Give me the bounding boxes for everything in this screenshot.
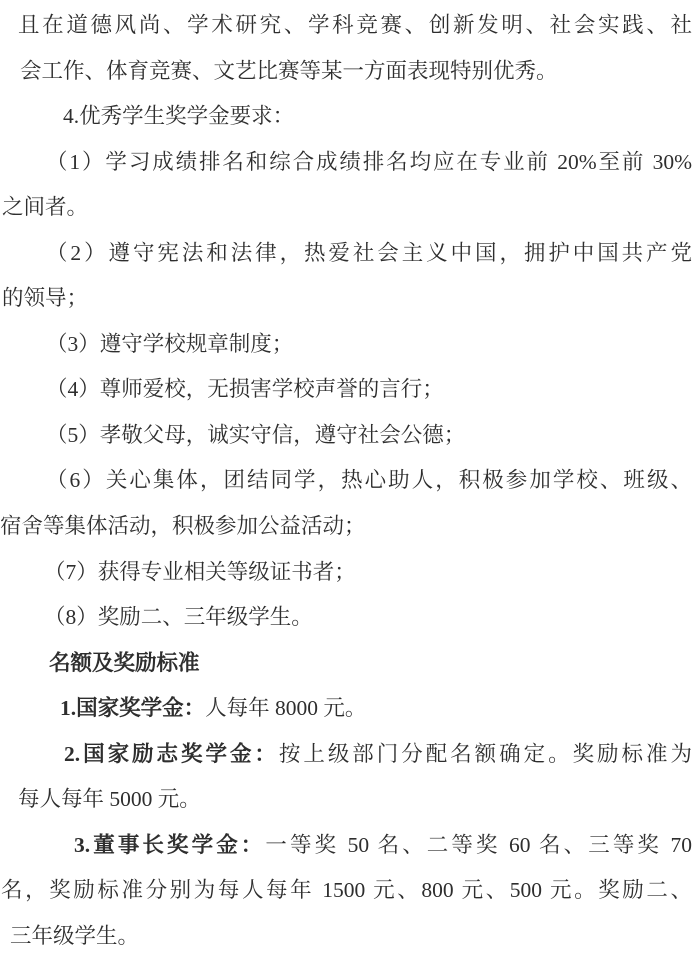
text-segment: 名，奖励标准分别为每人每年 1500 元、800 元、500 元。奖励二、 (1, 878, 692, 902)
bold-text-segment: 名额及奖励标准 (49, 651, 200, 675)
text-line: （7）获得专业相关等级证书者； (0, 550, 700, 596)
text-line: （2）遵守宪法和法律，热爱社会主义中国，拥护中国共产党 (0, 231, 700, 277)
text-segment: 之间者。 (2, 195, 88, 219)
text-line: （5）孝敬父母，诚实守信，遵守社会公德； (0, 413, 700, 459)
text-line: 每人每年 5000 元。 (0, 777, 700, 823)
text-line: 4.优秀学生奖学金要求： (0, 94, 700, 140)
text-line: 之间者。 (0, 185, 700, 231)
text-segment: （8）奖励二、三年级学生。 (44, 605, 313, 629)
text-line: 三年级学生。 (0, 914, 700, 960)
text-segment: （3）遵守学校规章制度； (46, 332, 293, 356)
text-segment: （1）学习成绩排名和综合成绩排名均应在专业前 20%至前 30% (46, 150, 692, 174)
text-line: 1.国家奖学金：人每年 8000 元。 (0, 686, 700, 732)
bold-text-segment: 3.董事长奖学金： (74, 833, 265, 857)
text-segment: 且在道德风尚、学术研究、学科竞赛、创新发明、社会实践、社 (18, 13, 692, 37)
text-line: （3）遵守学校规章制度； (0, 322, 700, 368)
text-segment: （4）尊师爱校，无损害学校声誉的言行； (46, 377, 444, 401)
text-line: 会工作、体育竞赛、文艺比赛等某一方面表现特别优秀。 (0, 49, 700, 95)
text-segment: 每人每年 5000 元。 (18, 787, 201, 811)
document-body: 且在道德风尚、学术研究、学科竞赛、创新发明、社会实践、社会工作、体育竞赛、文艺比… (0, 3, 700, 959)
text-segment: （5）孝敬父母，诚实守信，遵守社会公德； (46, 423, 465, 447)
text-segment: 人每年 8000 元。 (205, 696, 366, 720)
text-line: （4）尊师爱校，无损害学校声誉的言行； (0, 367, 700, 413)
text-segment: （6）关心集体，团结同学，热心助人，积极参加学校、班级、 (46, 468, 692, 492)
text-line: （1）学习成绩排名和综合成绩排名均应在专业前 20%至前 30% (0, 140, 700, 186)
text-line: 的领导； (0, 276, 700, 322)
text-segment: 4.优秀学生奖学金要求： (63, 104, 294, 128)
text-segment: 的领导； (2, 286, 88, 310)
bold-text-segment: 1.国家奖学金： (60, 696, 205, 720)
text-line: 名，奖励标准分别为每人每年 1500 元、800 元、500 元。奖励二、 (0, 868, 700, 914)
text-segment: 一等奖 50 名、二等奖 60 名、三等奖 70 (265, 833, 692, 857)
bold-text-segment: 2.国家励志奖学金： (64, 742, 279, 766)
text-segment: 三年级学生。 (10, 924, 139, 948)
text-line: （8）奖励二、三年级学生。 (0, 595, 700, 641)
text-line: 3.董事长奖学金：一等奖 50 名、二等奖 60 名、三等奖 70 (0, 823, 700, 869)
text-line: （6）关心集体，团结同学，热心助人，积极参加学校、班级、 (0, 458, 700, 504)
text-line: 宿舍等集体活动，积极参加公益活动； (0, 504, 700, 550)
text-line: 且在道德风尚、学术研究、学科竞赛、创新发明、社会实践、社 (0, 3, 700, 49)
text-line: 名额及奖励标准 (0, 641, 700, 687)
text-segment: 按上级部门分配名额确定。奖励标准为 (279, 742, 692, 766)
document-page: 且在道德风尚、学术研究、学科竞赛、创新发明、社会实践、社会工作、体育竞赛、文艺比… (0, 0, 700, 967)
text-segment: （2）遵守宪法和法律，热爱社会主义中国，拥护中国共产党 (46, 241, 692, 265)
text-segment: （7）获得专业相关等级证书者； (44, 560, 356, 584)
text-segment: 宿舍等集体活动，积极参加公益活动； (0, 514, 366, 538)
text-line: 2.国家励志奖学金：按上级部门分配名额确定。奖励标准为 (0, 732, 700, 778)
text-segment: 会工作、体育竞赛、文艺比赛等某一方面表现特别优秀。 (20, 59, 558, 83)
